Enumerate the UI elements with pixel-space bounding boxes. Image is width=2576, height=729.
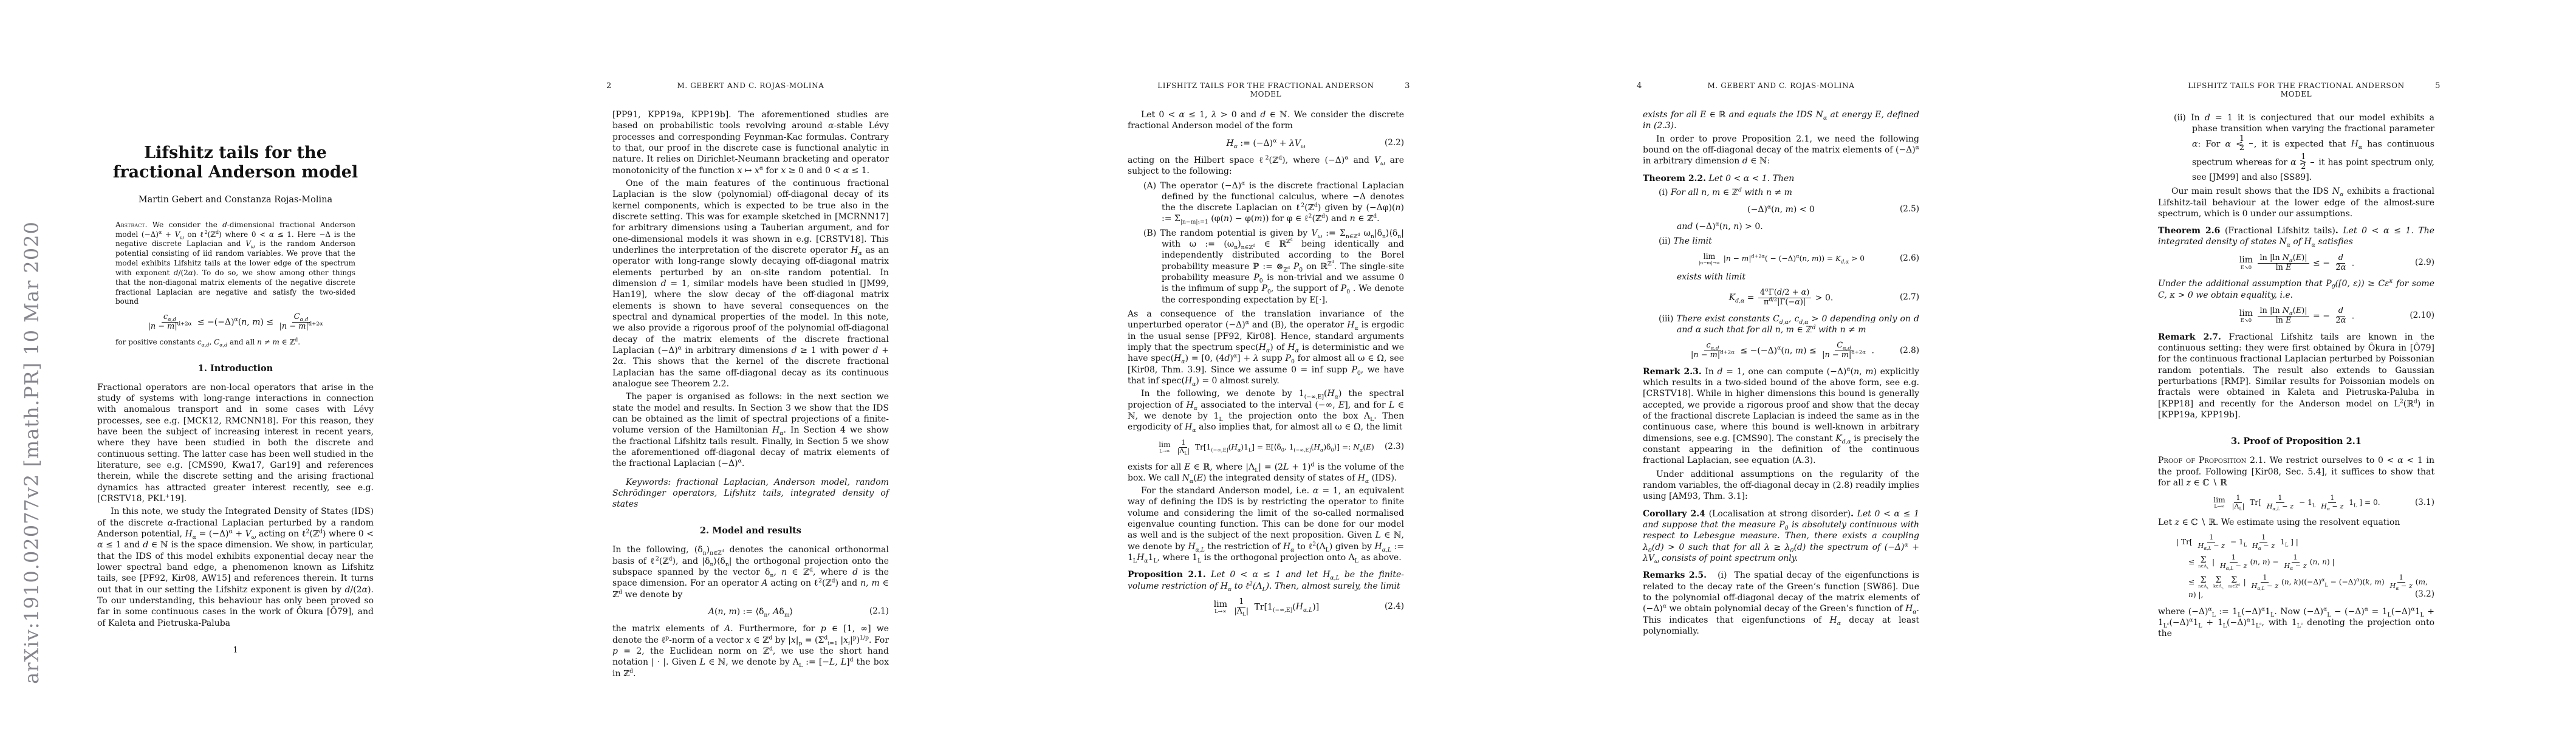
equation-3-2: | Tr[ 1Hα,L − z − 1L 1Hα − z 1L ] |≤ Σn∈… [2158, 534, 2434, 600]
equation-2-8: cα,d|n − m|d+2α ≤ −(−Δ)α(n, m) ≤ Cα,d|n … [1643, 341, 1919, 360]
paragraph: Let z ∈ ℂ ∖ ℝ. We estimate using the res… [2158, 517, 2434, 528]
equation-2-1: A(n, m) := ⟨δn, Aδm⟩ (2.1) [612, 606, 889, 617]
page-number: 3 [1383, 81, 1410, 91]
equation-2-9: limE↘0 ln |ln Nα(E)|ln E ≤ − d2α . (2.9) [2158, 254, 2434, 273]
running-head: LIFSHITZ TAILS FOR THE FRACTIONAL ANDERS… [1122, 81, 1410, 98]
theorem-2-6-continuation: Under the additional assumption that P0(… [2158, 278, 2434, 301]
page-number-footer: 1 [97, 646, 374, 655]
page-4-text-column: exists for all E ∈ ℝ and equals the IDS … [1643, 109, 1919, 639]
page-2-text-column: [PP91, KPP19a, KPP19b]. The aforemention… [612, 109, 889, 681]
corollary-2-4: Corollary 2.4 (Localisation at strong di… [1643, 508, 1919, 564]
theorem-item-ii-continuation: exists with limit [1643, 272, 1919, 282]
remarks-item-ii: (ii) In d = 1 it is conjectured that our… [2158, 112, 2434, 183]
proposition-continuation: exists for all E ∈ ℝ and equals the IDS … [1643, 109, 1919, 132]
page-2: 2 M. GEBERT AND C. ROJAS-MOLINA [PP91, K… [515, 0, 1030, 729]
page-5: LIFSHITZ TAILS FOR THE FRACTIONAL ANDERS… [2061, 0, 2576, 729]
page-number: 4 [1637, 81, 1663, 91]
paragraph: The paper is organised as follows: in th… [612, 391, 889, 469]
list-item-B: (B) The random potential is given by Vω … [1128, 228, 1404, 306]
equation-2-2: Hα := (−Δ)α + λVω (2.2) [1128, 138, 1404, 149]
equation-2-3: limL→∞ 1|ΛL| Tr[1(−∞,E](Hα)1L] = E[⟨δ0, … [1128, 439, 1404, 456]
theorem-2-2: Theorem 2.2. Let 0 < α < 1. Then [1643, 173, 1919, 184]
paper-title: Lifshitz tails for the fractional Anders… [97, 143, 374, 183]
page-5-text-column: (ii) In d = 1 it is conjectured that our… [2158, 109, 2434, 642]
equation-2-6: lim|n−m|→∞ |n − m|d+2α( − (−Δ)α(n, m)) =… [1643, 253, 1919, 265]
paragraph: One of the main features of the continuo… [612, 178, 889, 389]
section-heading-introduction: 1. Introduction [97, 363, 374, 374]
running-title: M. GEBERT AND C. ROJAS-MOLINA [1663, 81, 1899, 90]
running-head: LIFSHITZ TAILS FOR THE FRACTIONAL ANDERS… [2152, 81, 2441, 98]
abstract-text-end: for positive constants cα,d, Cα,d and al… [115, 338, 355, 347]
running-title: LIFSHITZ TAILS FOR THE FRACTIONAL ANDERS… [2179, 81, 2414, 98]
equation-2-5: (−Δ)α(n, m) < 0 (2.5) [1643, 204, 1919, 215]
running-title: M. GEBERT AND C. ROJAS-MOLINA [633, 81, 868, 90]
page-3-text-column: Let 0 < α ≤ 1, λ > 0 and d ∈ ℕ. We consi… [1128, 109, 1404, 623]
page-4: 4 M. GEBERT AND C. ROJAS-MOLINA exists f… [1546, 0, 2061, 729]
remark-2-3: Remark 2.3. In d = 1, one can compute (−… [1643, 366, 1919, 467]
equation-2-4: limL→∞ 1|ΛL| Tr[1(−∞,E](Hα.L)] (2.4) [1128, 598, 1404, 617]
equation-2-7: Kd,α = 4αΓ(d/2 + α)πd/2|Γ(−α)| > 0. (2.7… [1643, 289, 1919, 307]
paragraph: the matrix elements of A. Furthermore, f… [612, 623, 889, 679]
paper-authors: Martin Gebert and Constanza Rojas-Molina [97, 195, 374, 205]
page-1: arXiv:1910.02077v2 [math.PR] 10 Mar 2020… [0, 0, 515, 729]
running-head: 2 M. GEBERT AND C. ROJAS-MOLINA [606, 81, 895, 91]
paragraph: In the following, (δn)n∈ℤd denotes the c… [612, 544, 889, 600]
paragraph: exists for all E ∈ ℝ, where |ΛL| = (2L +… [1128, 462, 1404, 484]
paragraph: Let 0 < α ≤ 1, λ > 0 and d ∈ ℕ. We consi… [1128, 109, 1404, 132]
paragraph: In order to prove Proposition 2.1, we ne… [1643, 134, 1919, 167]
paragraph: Our main result shows that the IDS Nα ex… [2158, 186, 2434, 219]
page-3: LIFSHITZ TAILS FOR THE FRACTIONAL ANDERS… [1030, 0, 1546, 729]
remarks-2-5: Remarks 2.5. (i) The spatial decay of th… [1643, 570, 1919, 637]
list-item-A: (A) The operator (−Δ)α is the discrete f… [1128, 180, 1404, 225]
page-1-text-column: Lifshitz tails for the fractional Anders… [97, 109, 374, 655]
document-spread: arXiv:1910.02077v2 [math.PR] 10 Mar 2020… [0, 0, 2576, 729]
paragraph: In the following, we denote by 1(−∞,E](H… [1128, 388, 1404, 433]
paragraph: For the standard Anderson model, i.e. α … [1128, 485, 1404, 563]
proposition-2-1: Proposition 2.1. Let 0 < α ≤ 1 and let H… [1128, 569, 1404, 592]
abstract-equation: cα,d|n − m|d+2α ≤ −(−Δ)α(n, m) ≤ Cα,d|n … [97, 313, 374, 332]
running-head: 4 M. GEBERT AND C. ROJAS-MOLINA [1637, 81, 1925, 91]
equation-2-10: limE↘0 ln |ln Nα(E)|ln E = − d2α . (2.10… [2158, 307, 2434, 326]
theorem-item-ii: (ii) The limit [1643, 236, 1919, 247]
paragraph: [PP91, KPP19a, KPP19b]. The aforemention… [612, 109, 889, 176]
abstract-text: Abstract. We consider the d-dimensional … [115, 221, 355, 307]
arxiv-watermark: arXiv:1910.02077v2 [math.PR] 10 Mar 2020 [20, 221, 43, 684]
paragraph: Fractional operators are non-local opera… [97, 382, 374, 505]
theorem-item-iii: (iii) There exist constants Cd,α, cd,α >… [1643, 313, 1919, 336]
running-title: LIFSHITZ TAILS FOR THE FRACTIONAL ANDERS… [1148, 81, 1383, 98]
paragraph: As a consequence of the translation inva… [1128, 309, 1404, 386]
section-heading-model-and-results: 2. Model and results [612, 525, 889, 536]
equation-3-1: limL→∞ 1|ΛL| Tr[ 1Hα,L − z − 1L 1Hα − z … [2158, 495, 2434, 511]
theorem-2-6: Theorem 2.6 (Fractional Lifshitz tails).… [2158, 225, 2434, 248]
page-number: 2 [606, 81, 633, 91]
paragraph: Under additional assumptions on the regu… [1643, 469, 1919, 502]
paragraph: acting on the Hilbert space ℓ2(ℤd), wher… [1128, 155, 1404, 177]
proof-paragraph: Proof of Proposition 2.1. We restrict ou… [2158, 455, 2434, 488]
theorem-item-i: (i) For all n, m ∈ ℤd with n ≠ m [1643, 187, 1919, 198]
remark-2-7: Remark 2.7. Fractional Lifshitz tails ar… [2158, 332, 2434, 421]
theorem-item-i-continuation: and (−Δ)α(n, n) > 0. [1643, 221, 1919, 232]
section-heading-proof: 3. Proof of Proposition 2.1 [2158, 436, 2434, 447]
paragraph: In this note, we study the Integrated De… [97, 506, 374, 629]
paragraph: where (−Δ)αL := 1L(−Δ)α1L. Now (−Δ)αL − … [2158, 606, 2434, 640]
keywords: Keywords: fractional Laplacian, Anderson… [612, 477, 889, 510]
page-number: 5 [2414, 81, 2441, 91]
